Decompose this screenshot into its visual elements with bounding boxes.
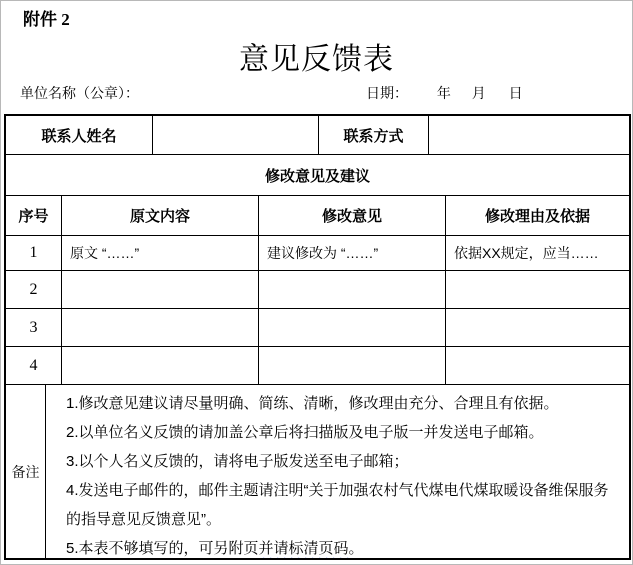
col-header-seq: 序号 — [6, 196, 62, 235]
feedback-table: 联系人姓名 联系方式 修改意见及建议 序号 原文内容 修改意见 修改理由及依据 … — [4, 114, 631, 560]
row-seq: 3 — [6, 309, 62, 346]
row-original-cell[interactable] — [62, 271, 259, 308]
section-header-row: 修改意见及建议 — [6, 155, 629, 196]
col-header-reason: 修改理由及依据 — [446, 196, 629, 235]
contact-name-label: 联系人姓名 — [6, 116, 153, 154]
section-title: 修改意见及建议 — [6, 155, 629, 195]
row-suggestion-cell[interactable]: 建议修改为 “……” — [259, 236, 446, 270]
row-original-cell[interactable] — [62, 309, 259, 346]
table-row: 3 — [6, 309, 629, 347]
attachment-label: 附件 2 — [23, 5, 70, 30]
row-reason-cell[interactable]: 依据XX规定，应当…… — [446, 236, 629, 270]
col-header-original: 原文内容 — [62, 196, 259, 235]
row-seq: 1 — [6, 236, 62, 270]
contact-method-label: 联系方式 — [319, 116, 429, 154]
page-number-squiggle-text: 并请标清页码 — [259, 540, 349, 557]
note-5-prefix: 5.本表不够填写的，可另附页 — [66, 540, 259, 557]
note-item: 5.本表不够填写的，可另附页并请标清页码。 — [66, 534, 623, 558]
row-suggestion-cell[interactable] — [259, 271, 446, 308]
note-item: 2.以单位名义反馈的请加盖公章后将扫描版及电子版一并发送电子邮箱。 — [66, 418, 623, 447]
row-suggestion-cell[interactable] — [259, 309, 446, 346]
date-line: 日期： 年 月 日 — [366, 85, 523, 101]
feedback-form-page: 附件 2 意见反馈表 单位名称（公章）： 日期： 年 月 日 联系人姓名 联系方… — [0, 0, 633, 565]
date-day-label: 日 — [509, 85, 523, 101]
notes-body: 1.修改意见建议请尽量明确、简练、清晰，修改理由充分、合理且有依据。 2.以单位… — [46, 385, 629, 558]
page-title: 意见反馈表 — [1, 34, 632, 78]
note-item: 1.修改意见建议请尽量明确、简练、清晰，修改理由充分、合理且有依据。 — [66, 389, 623, 418]
row-reason-cell[interactable] — [446, 347, 629, 384]
row-original-cell[interactable] — [62, 347, 259, 384]
notes-label: 备注 — [6, 385, 46, 558]
date-month-label: 月 — [472, 85, 486, 101]
unit-seal-label: 单位名称（公章）： — [20, 85, 139, 101]
row-seq: 2 — [6, 271, 62, 308]
contact-name-field[interactable] — [153, 116, 319, 154]
row-suggestion-cell[interactable] — [259, 347, 446, 384]
note-item: 3.以个人名义反馈的，请将电子版发送至电子邮箱； — [66, 447, 623, 476]
column-header-row: 序号 原文内容 修改意见 修改理由及依据 — [6, 196, 629, 236]
date-label: 日期： — [366, 85, 408, 101]
contact-method-field[interactable] — [429, 116, 629, 154]
row-original-cell[interactable]: 原文 “……” — [62, 236, 259, 270]
row-reason-cell[interactable] — [446, 271, 629, 308]
table-row: 2 — [6, 271, 629, 309]
row-seq: 4 — [6, 347, 62, 384]
col-header-suggestion: 修改意见 — [259, 196, 446, 235]
meta-line: 单位名称（公章）： 日期： 年 月 日 — [1, 85, 632, 103]
contact-row: 联系人姓名 联系方式 — [6, 116, 629, 155]
row-reason-cell[interactable] — [446, 309, 629, 346]
note-5-suffix: 。 — [349, 540, 364, 557]
table-row: 4 — [6, 347, 629, 385]
date-year-label: 年 — [437, 85, 451, 101]
notes-row: 备注 1.修改意见建议请尽量明确、简练、清晰，修改理由充分、合理且有依据。 2.… — [6, 385, 629, 558]
note-item: 4.发送电子邮件的，邮件主题请注明“关于加强农村气代煤电代煤取暖设备维保服务的指… — [66, 476, 623, 534]
table-row: 1 原文 “……” 建议修改为 “……” 依据XX规定，应当…… — [6, 236, 629, 271]
